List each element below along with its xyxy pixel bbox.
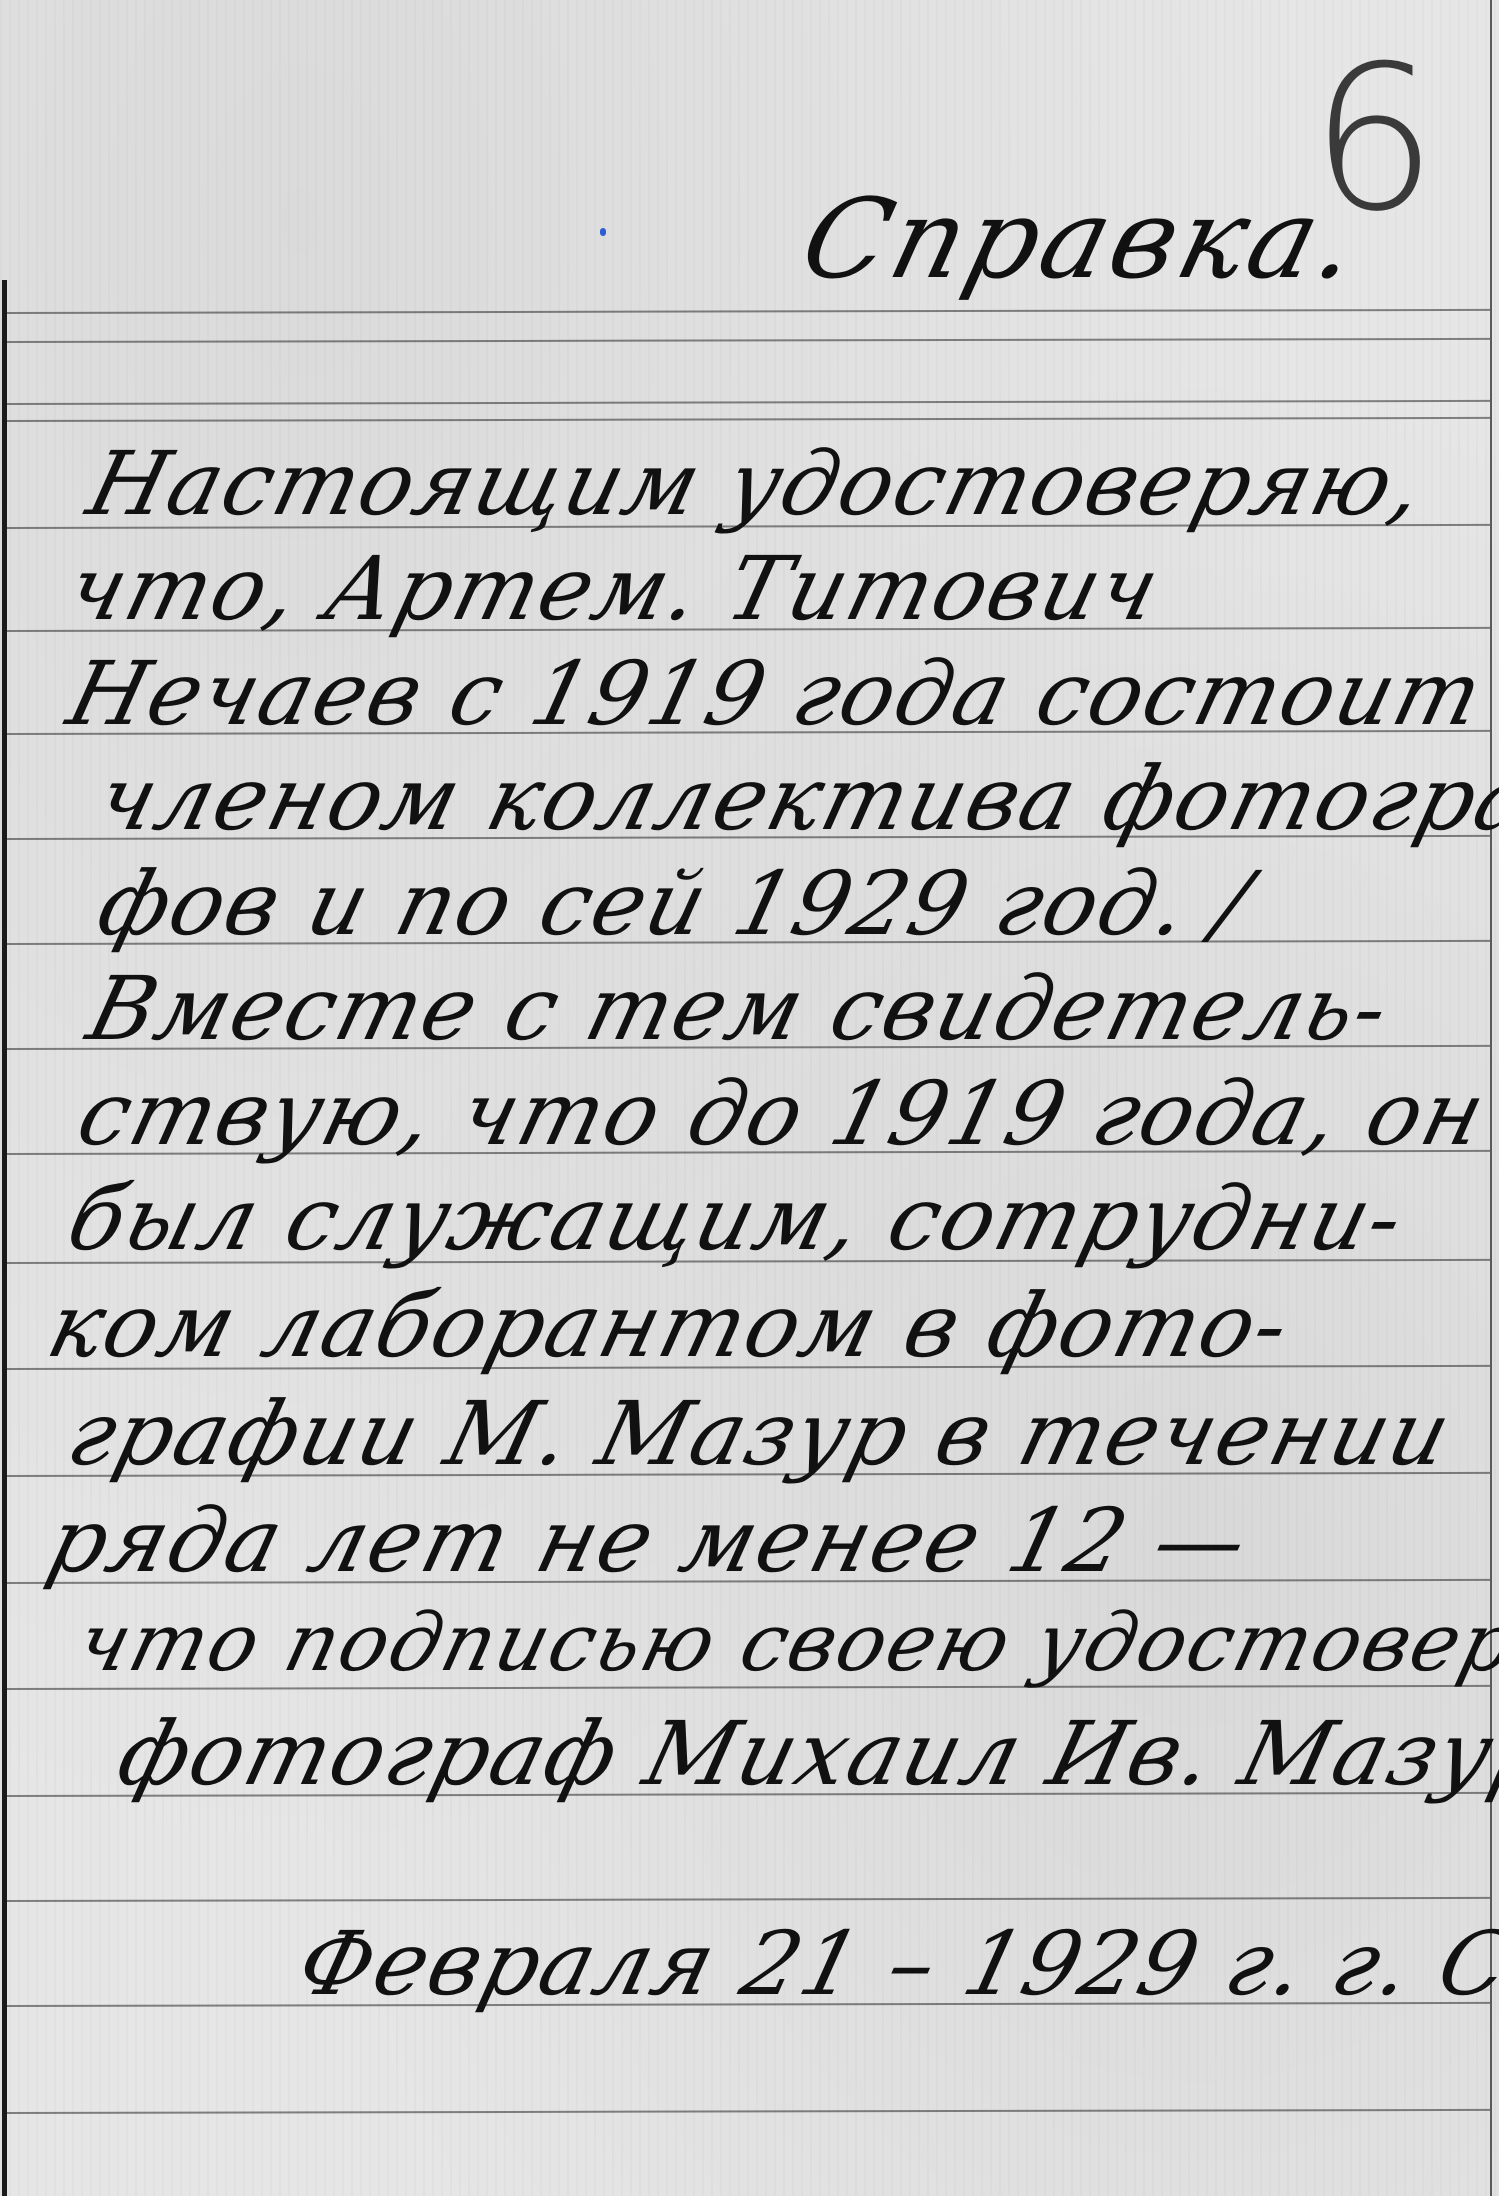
ruled-line	[6, 2109, 1490, 2114]
date-line: Февраля 21 – 1929 г. г. Свер.	[290, 1920, 1499, 2008]
text-line-7: ствую, что до 1919 года, он	[70, 1070, 1495, 1158]
text-line-1: Настоящим удостоверяю,	[80, 440, 1434, 528]
ruled-line	[6, 1897, 1490, 1902]
ruled-line	[6, 309, 1490, 314]
text-line-9: ком лаборантом в фото-	[40, 1282, 1299, 1370]
text-line-10: графии М. Мазур в течении	[60, 1390, 1460, 1478]
page-left-edge	[2, 280, 7, 2210]
signature-line: фотограф Михаил Ив. Мазур	[110, 1710, 1499, 1798]
text-line-5: фов и по сей 1929 год. /	[90, 860, 1260, 948]
document-page: 6 Справка. Настоящим удостоверяю, что, А…	[0, 0, 1499, 2210]
ruled-line	[6, 400, 1490, 405]
ruled-line	[6, 417, 1490, 422]
ink-speck	[600, 228, 606, 236]
text-line-11: ряда лет не менее 12 —	[40, 1497, 1257, 1585]
page-right-edge	[1490, 0, 1492, 2210]
text-line-8: был служащим, сотрудни-	[60, 1175, 1413, 1263]
page-bottom-edge	[0, 2196, 1499, 2210]
text-line-12: что подписью своею удостоверяю	[70, 1603, 1499, 1683]
ruled-line	[6, 338, 1490, 343]
document-title: Справка.	[790, 175, 1375, 303]
text-line-6: Вместе с тем свидетель-	[80, 965, 1398, 1053]
text-line-4: членом коллектива фотогра-	[90, 755, 1499, 843]
text-line-3: Нечаев с 1919 года состоит	[60, 650, 1492, 738]
text-line-2: что, Артем. Титович	[60, 545, 1169, 633]
